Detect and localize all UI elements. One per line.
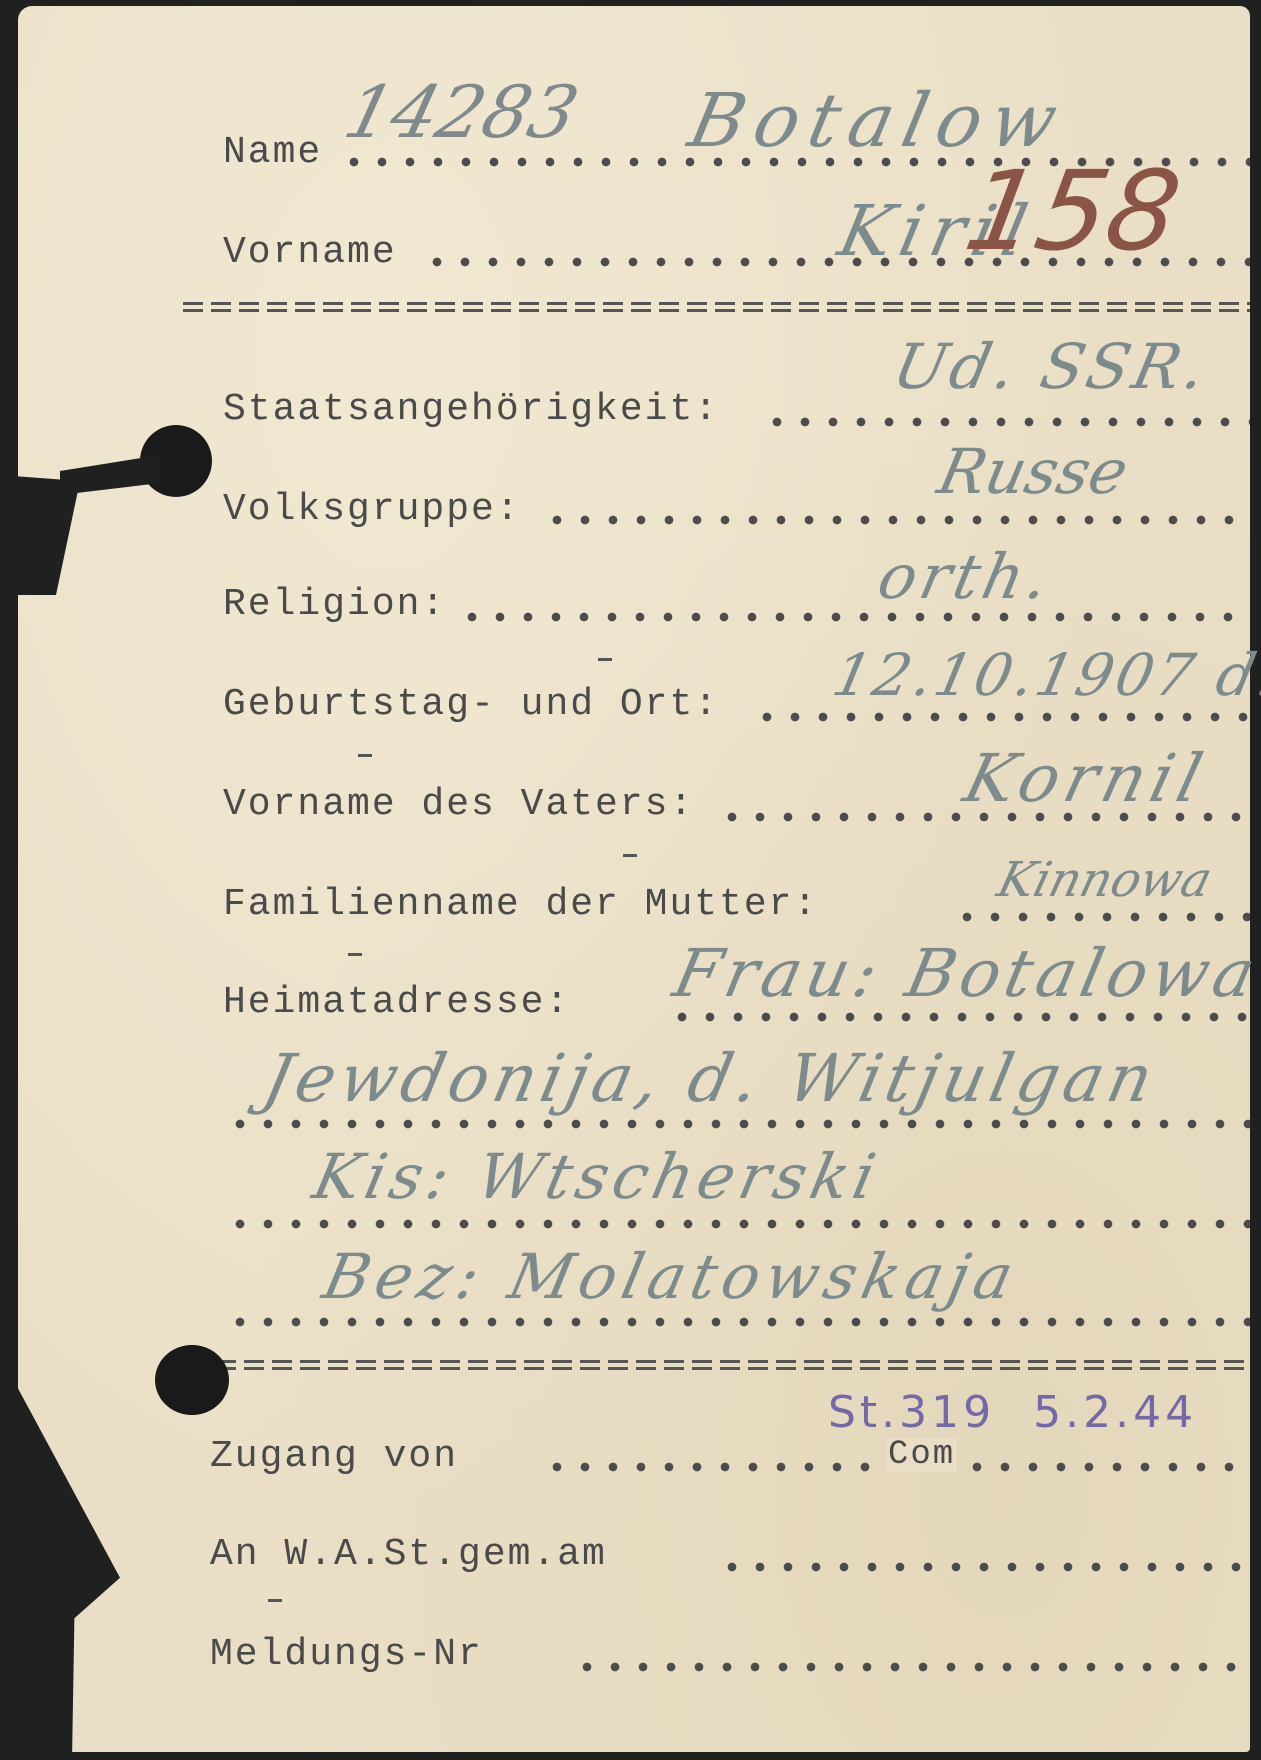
label-staatsangehoerigkeit: Staatsangehörigkeit:: [223, 391, 719, 429]
dotted-line-staatsangehoerigkeit: [763, 416, 1250, 428]
dotted-line-address-2: [226, 1218, 1250, 1230]
value-vorname-vater: Kornil: [958, 746, 1214, 812]
punch-hole-lower: [155, 1345, 229, 1415]
dotted-line-volksgruppe: [543, 514, 1250, 526]
typo-mark: [268, 1599, 282, 1602]
label-familienname-mutter: Familienname der Mutter:: [223, 886, 818, 924]
stamp-date: 5.2.44: [1033, 1387, 1197, 1438]
label-volksgruppe: Volksgruppe:: [223, 491, 521, 529]
label-geburtstag: Geburtstag- und Ort:: [223, 686, 719, 724]
value-religion: orth.: [873, 546, 1058, 608]
double-rule-bottom: [188, 1358, 1250, 1372]
typo-mark: [623, 854, 637, 857]
dotted-line-heimatadresse: [668, 1011, 1250, 1023]
typed-overstrike: Com: [886, 1438, 957, 1472]
typo-mark: [348, 953, 362, 956]
dotted-line-familienname-mutter: [953, 911, 1250, 923]
dotted-line-an-wast: [718, 1561, 1250, 1573]
label-heimatadresse: Heimatadresse:: [223, 984, 570, 1022]
dotted-line-address-3: [226, 1316, 1250, 1328]
value-volksgruppe: Russe: [933, 441, 1133, 503]
value-familienname-mutter: Kinnowa: [993, 856, 1217, 904]
address-line-3: Bez: Molatowskaja: [318, 1246, 1024, 1308]
typo-mark: [358, 754, 372, 757]
double-rule-top: [183, 300, 1250, 314]
address-line-1: Jewdonija, d. Witjulgan: [258, 1046, 1163, 1112]
value-heimatadresse: Frau: Botalowa: [668, 941, 1261, 1007]
address-line-2: Kis: Wtscherski: [308, 1146, 885, 1208]
red-annotation-number: 158: [958, 156, 1187, 266]
label-zugang-von: Zugang von: [210, 1438, 458, 1476]
registration-card: 14283 Name Botalow Vorname Kiril 158 Sta…: [18, 6, 1250, 1752]
label-vorname: Vorname: [223, 234, 397, 272]
card-number: 14283: [338, 76, 585, 148]
stalag-stamp: St.319 5.2.44: [828, 1391, 1197, 1435]
typo-mark: [598, 658, 612, 661]
label-vorname-vater: Vorname des Vaters:: [223, 786, 694, 824]
label-an-wast: An W.A.St.gem.am: [210, 1536, 607, 1574]
dotted-line-geburtstag: [753, 711, 1250, 723]
label-name: Name: [223, 134, 322, 172]
value-geburtstag: 12.10.1907 d. W: [828, 646, 1261, 704]
stamp-camp: St.319: [828, 1387, 995, 1438]
value-staatsangehoerigkeit: Ud. SSR.: [888, 336, 1215, 398]
label-religion: Religion:: [223, 586, 446, 624]
dotted-line-meldungs-nr: [573, 1661, 1250, 1673]
dotted-line-religion: [458, 611, 1250, 623]
dotted-line-address-1: [226, 1118, 1250, 1130]
label-meldungs-nr: Meldungs-Nr: [210, 1636, 483, 1674]
